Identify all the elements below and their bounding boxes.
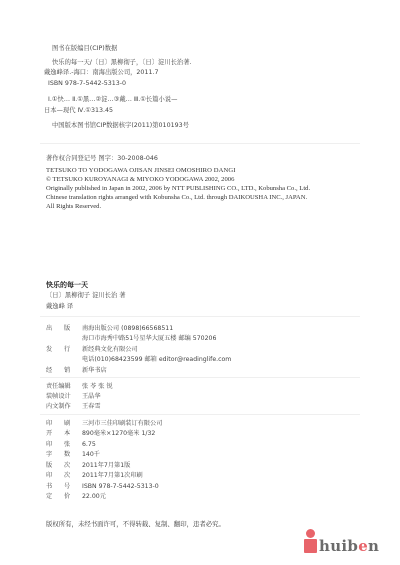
publisher-address: 海口市海秀中路51号星华大厦五楼 邮编 570206 <box>82 335 216 343</box>
divider <box>40 377 360 378</box>
english-original-title: TETSUKO TO YODOGAWA OJISAN JINSEI OMOSHI… <box>46 167 236 176</box>
format-value: 890毫米×1270毫米 1/32 <box>82 430 155 438</box>
english-copyright: © TETSUKO KUROYANAGI & MIYOKO YODOGAWA 2… <box>46 176 234 185</box>
sheets-value: 6.75 <box>82 441 96 449</box>
copyright-registration: 著作权合同登记号 图字：30-2008-046 <box>46 155 158 163</box>
watermark-text: huiben <box>319 538 379 554</box>
label-char: 张 <box>64 441 70 449</box>
isbn-value: ISBN 978-7-5442-5313-0 <box>82 483 159 491</box>
label-char: 号 <box>64 483 70 491</box>
book-title: 快乐的每一天 <box>46 281 88 289</box>
label-char: 行 <box>64 346 70 354</box>
chief-editor-value: 张 苓 张 锐 <box>82 383 113 391</box>
label-char: 出 <box>46 325 52 333</box>
cip-title: 图书在版编目(CIP)数据 <box>52 45 117 53</box>
printing-value: 2011年7月第1次印刷 <box>82 472 143 480</box>
cip-line-2: 戴逸峰译.-海口：南海出版公司，2011.7 <box>44 69 158 77</box>
cip-line-1: 快乐的每一天/〔日〕黑柳彻子，〔日〕淀川长治著. <box>52 59 192 67</box>
cip-line-6: 中国版本图书馆CIP数据核字(2011)第010193号 <box>52 122 189 130</box>
cover-design-label: 装帧设计 <box>46 393 71 401</box>
label-char: 书 <box>46 483 52 491</box>
label-char: 印 <box>46 441 52 449</box>
label-char: 字 <box>46 451 52 459</box>
cip-line-5: 日本—现代 Ⅳ.①313.45 <box>44 107 113 115</box>
distributor-value: 新经典文化有限公司 <box>82 346 138 354</box>
label-char: 次 <box>64 462 70 470</box>
english-original-publisher: Originally published in Japan in 2002, 2… <box>46 185 310 194</box>
book-authors: 〔日〕黑柳彻子 淀川长治 著 <box>46 292 126 300</box>
cover-design-value: 王晶华 <box>82 393 101 401</box>
ihuiben-watermark-logo: huiben <box>303 529 400 559</box>
cip-line-4: Ⅰ.①快… Ⅱ.①黑…②淀…③戴… Ⅲ.①长篇小说— <box>48 96 177 104</box>
seller-value: 新华书店 <box>82 367 107 375</box>
label-char: 印 <box>46 472 52 480</box>
rights-notice: 版权所有，未经书面许可，不得转载、复制、翻印，违者必究。 <box>46 520 225 528</box>
publisher-value: 南海出版公司 (0898)66568511 <box>82 325 173 333</box>
label-char: 销 <box>64 367 70 375</box>
label-char: 开 <box>46 430 52 438</box>
distributor-contact: 电话(010)68423599 邮箱 editor@readinglife.co… <box>82 356 231 364</box>
label-char: 价 <box>64 493 70 501</box>
label-char: 本 <box>64 430 70 438</box>
label-char: 次 <box>64 472 70 480</box>
label-char: 数 <box>64 451 70 459</box>
label-char: 印 <box>46 420 52 428</box>
divider <box>40 414 360 415</box>
label-char: 版 <box>46 462 52 470</box>
english-translation-rights: Chinese translation rights arranged with… <box>46 194 307 203</box>
divider <box>40 143 360 144</box>
edition-value: 2011年7月第1版 <box>82 462 130 470</box>
label-char: 发 <box>46 346 52 354</box>
label-char: 定 <box>46 493 52 501</box>
word-count-value: 140千 <box>82 451 100 459</box>
letter-i-icon <box>303 529 318 555</box>
printer-value: 三河市三佳印刷装订有限公司 <box>82 420 162 428</box>
chief-editor-label: 责任编辑 <box>46 383 71 391</box>
interior-label: 内文制作 <box>46 403 71 411</box>
divider <box>40 316 360 317</box>
label-char: 刷 <box>64 420 70 428</box>
label-char: 经 <box>46 367 52 375</box>
english-all-rights: All Rights Reserved. <box>46 203 101 212</box>
book-translator: 戴逸峰 译 <box>46 303 73 311</box>
copyright-page: 图书在版编目(CIP)数据 快乐的每一天/〔日〕黑柳彻子，〔日〕淀川长治著. 戴… <box>0 0 400 565</box>
price-value: 22.00元 <box>82 493 106 501</box>
cip-line-3: ISBN 978-7-5442-5313-0 <box>48 80 126 88</box>
label-char: 版 <box>64 325 70 333</box>
interior-value: 王春雪 <box>82 403 101 411</box>
